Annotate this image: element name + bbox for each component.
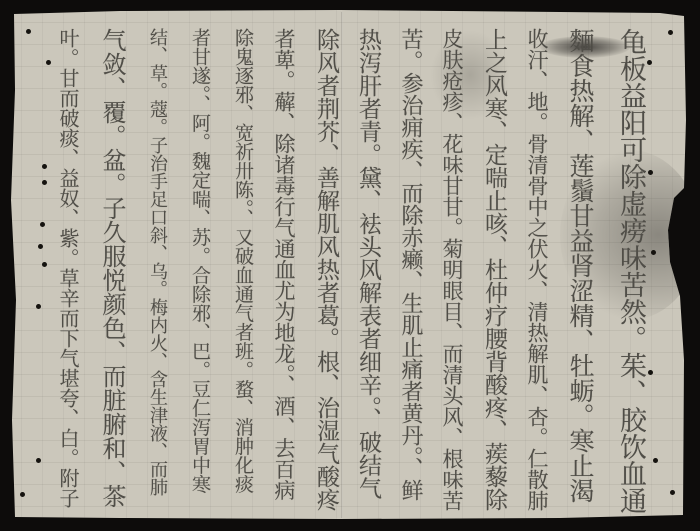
binding-hole: [648, 170, 653, 175]
binding-hole: [647, 60, 652, 65]
text-column-5: 皮肤疮疹、花味甘甘。菊明眼目、而清头风、根味苦: [436, 28, 468, 514]
text-column-8: 除风者荆芥、善解肌风热者葛。根、治湿气酸疼: [310, 28, 342, 514]
binding-hole: [648, 370, 653, 375]
binding-hole: [670, 490, 675, 495]
text-column-11: 者甘遂。、阿。魏定喘、苏。合除邪、巴。豆仁泻胃中寒: [184, 28, 216, 514]
binding-hole: [668, 30, 673, 35]
binding-hole: [653, 458, 658, 463]
text-column-7: 热泻肝者青。黛、袪头风解表者细辛。、破结气: [352, 28, 384, 514]
binding-hole: [42, 262, 47, 267]
text-column-4: 上之风寒、定喘止咳、杜仲疗腰背酸疼、蒺藜除: [478, 28, 510, 514]
manuscript-photo: 龟板益阳可除虚痨味苦然。茱、胶饮血通 麵食热解、莲鬚甘益肾涩精、牡蛎。寒止渴 收…: [0, 0, 700, 531]
binding-hole: [42, 180, 47, 185]
binding-hole: [651, 250, 656, 255]
binding-hole: [40, 222, 45, 227]
text-column-3: 收汗、地。骨清骨中之伏火、清热解肌、杏。仁散肺: [521, 28, 553, 514]
text-column-14: 叶。甘而破痰、益奴、紫。草辛而下气堪夸、白。附子: [52, 28, 84, 514]
paper-sheet: 龟板益阳可除虚痨味苦然。茱、胶饮血通 麵食热解、莲鬚甘益肾涩精、牡蛎。寒止渴 收…: [0, 0, 700, 531]
binding-hole: [42, 164, 47, 169]
binding-hole: [38, 244, 43, 249]
text-column-2: 麵食热解、莲鬚甘益肾涩精、牡蛎。寒止渴: [564, 28, 596, 514]
binding-hole: [20, 492, 25, 497]
binding-hole: [46, 60, 51, 65]
binding-hole: [36, 304, 41, 309]
binding-hole: [36, 458, 41, 463]
binding-hole: [26, 29, 31, 34]
text-column-13: 气敛、覆。盆。子久服悦颜色、而脏腑和、茶: [96, 28, 128, 514]
text-column-12: 结、草。蔻。子治手足口斜、乌。梅内火、含生津液、而肺: [141, 28, 173, 514]
text-column-10: 除鬼逐邪、宽祈卅陈。、又破血通气者班。蝥、消肿化痰: [227, 28, 259, 514]
text-column-6: 苦。参治痈疾、而除赤癞、生肌止痛者黄丹。、鲜: [394, 28, 426, 514]
text-column-1: 龟板益阳可除虚痨味苦然。茱、胶饮血通: [614, 28, 646, 514]
text-column-9: 者萆。薢、除诸毒行气通血尤为地龙。、酒、去百病: [268, 28, 300, 514]
